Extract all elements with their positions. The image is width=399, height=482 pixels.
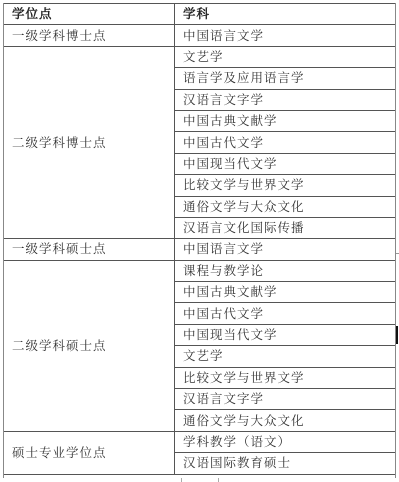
table-row: 一级学科硕士点中国语言文学: [4, 239, 396, 260]
subject-cell: 中国现当代文学: [175, 324, 396, 345]
subject-cell: 文艺学: [175, 346, 396, 367]
subject-cell: 通俗文学与大众文化: [175, 196, 396, 217]
subject-cell: 中国语言文学: [175, 239, 396, 260]
table-body: 一级学科博士点中国语言文学二级学科博士点文艺学语言学及应用语言学汉语言文字学中国…: [4, 25, 396, 474]
subject-cell: 语言学及应用语言学: [175, 68, 396, 89]
degree-cell: 二级学科硕士点: [4, 260, 175, 431]
subject-cell: 中国现当代文学: [175, 153, 396, 174]
table-row: 一级学科博士点中国语言文学: [4, 25, 396, 46]
subject-cell: 中国古代文学: [175, 132, 396, 153]
subject-cell: 汉语言文化国际传播: [175, 217, 396, 238]
subject-cell: 中国语言文学: [175, 25, 396, 46]
subject-cell: 中国古典文献学: [175, 282, 396, 303]
header-degree: 学位点: [4, 4, 175, 25]
subject-cell: 课程与教学论: [175, 260, 396, 281]
subject-cell: 中国古典文献学: [175, 110, 396, 131]
subject-cell: 汉语言文字学: [175, 89, 396, 110]
subject-cell: 中国古代文学: [175, 303, 396, 324]
frame-left-edge: [3, 3, 4, 478]
table-row: 硕士专业学位点学科教学（语文）: [4, 431, 396, 452]
degree-programs-table: 学位点 学科 一级学科博士点中国语言文学二级学科博士点文艺学语言学及应用语言学汉…: [3, 3, 396, 475]
degree-cell: 硕士专业学位点: [4, 431, 175, 474]
subject-cell: 学科教学（语文）: [175, 431, 396, 452]
degree-cell: 二级学科博士点: [4, 46, 175, 239]
table-row: 二级学科博士点文艺学: [4, 46, 396, 67]
degree-cell: 一级学科硕士点: [4, 239, 175, 260]
header-subject: 学科: [175, 4, 396, 25]
subject-cell: 汉语言文字学: [175, 389, 396, 410]
subject-cell: 通俗文学与大众文化: [175, 410, 396, 431]
subject-cell: 汉语国际教育硕士: [175, 453, 396, 474]
subject-cell: 比较文学与世界文学: [175, 175, 396, 196]
bottom-handle: [181, 478, 219, 482]
table-row: 二级学科硕士点课程与教学论: [4, 260, 396, 281]
text-cursor-mark: [396, 326, 398, 344]
frame-right-edge: [395, 3, 396, 478]
degree-cell: 一级学科博士点: [4, 25, 175, 46]
subject-cell: 文艺学: [175, 46, 396, 67]
header-row: 学位点 学科: [4, 4, 396, 25]
subject-cell: 比较文学与世界文学: [175, 367, 396, 388]
